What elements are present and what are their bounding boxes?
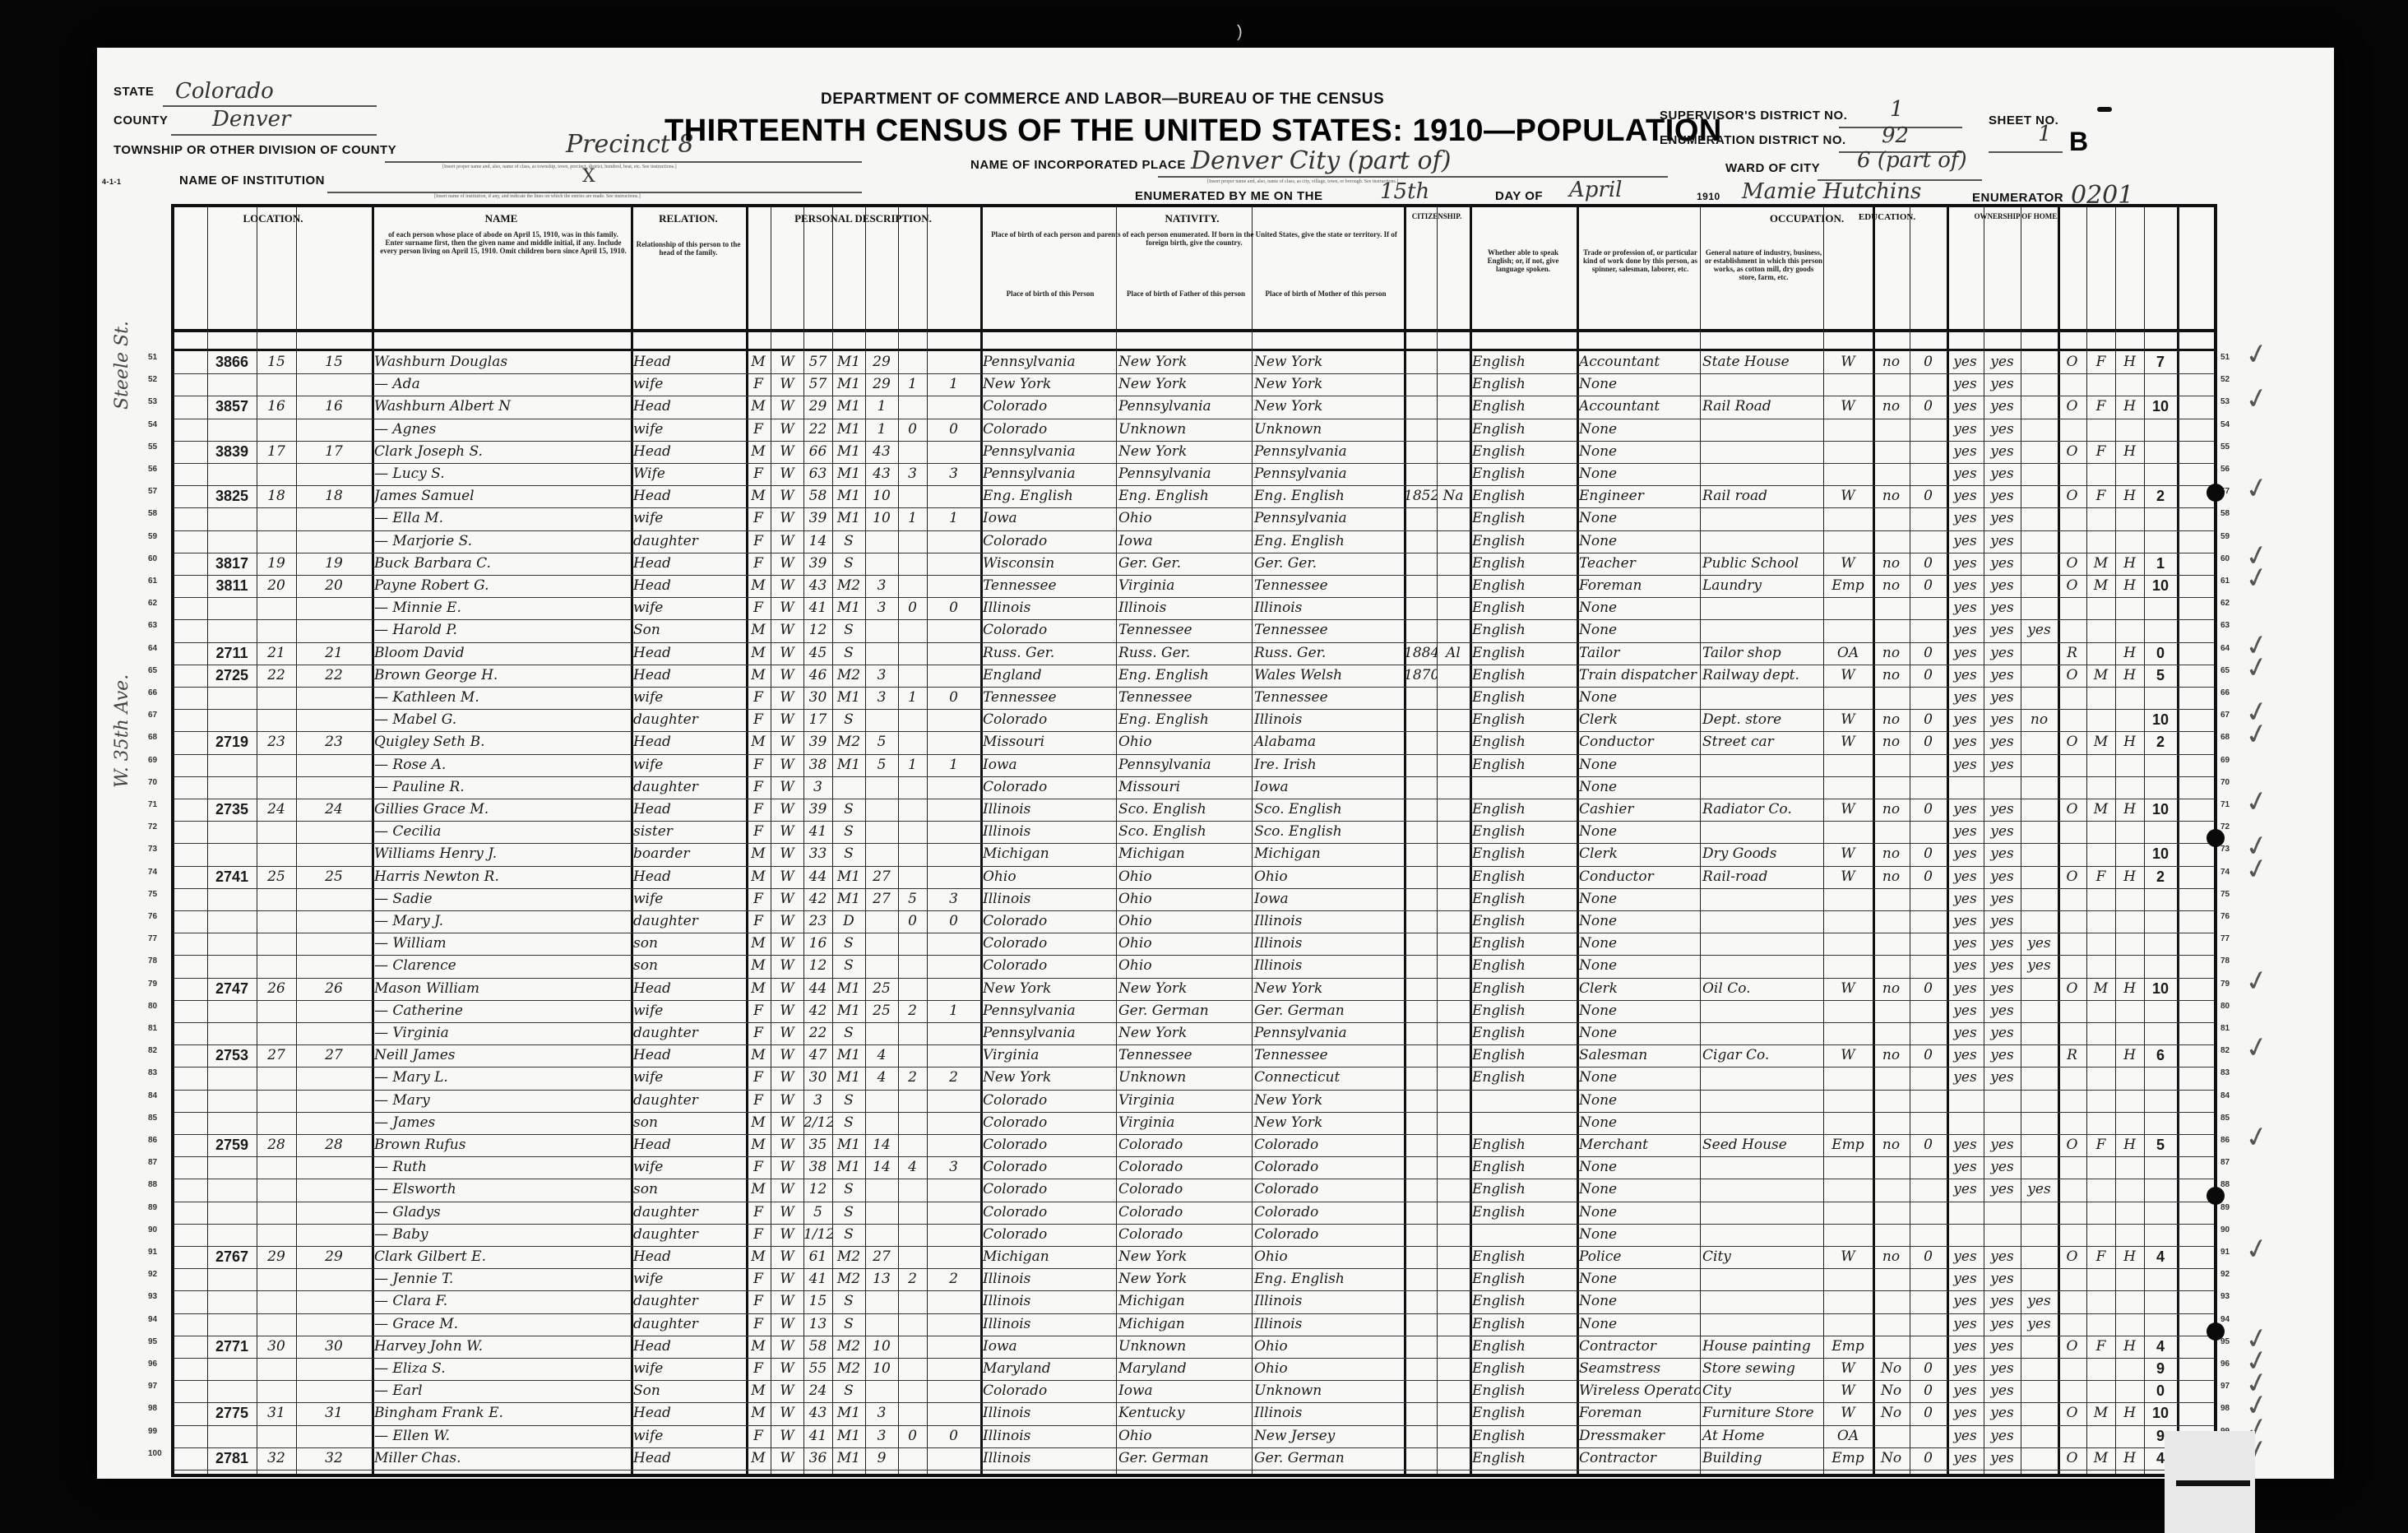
cell-emp [1823, 687, 1873, 709]
line-number: 72 [2220, 822, 2230, 831]
cell-name: Harris Newton R. [372, 866, 631, 888]
cell-race: W [771, 1000, 803, 1022]
line-number: 75 [2220, 890, 2230, 899]
cell-farm [2115, 776, 2144, 799]
cell-living: 2 [927, 1067, 980, 1089]
cell-farm: H [2115, 1246, 2144, 1268]
cell-relation: daughter [631, 1202, 746, 1224]
cell-father-birth: Colorado [1116, 1224, 1252, 1246]
cell-father-birth: Colorado [1116, 1134, 1252, 1156]
checkmark-icon: ✓ [2242, 962, 2271, 999]
cell-industry: City [1700, 1380, 1823, 1402]
cell-family [296, 888, 372, 910]
cell-born [898, 933, 927, 955]
cell-write: yes [1984, 1022, 2021, 1044]
cell-c29 [2144, 1112, 2177, 1134]
cell-relation: Head [631, 441, 746, 463]
cell-write: yes [1984, 1402, 2021, 1424]
cell-birth: Illinois [980, 1425, 1116, 1447]
line-number-left: 87 [148, 1158, 157, 1167]
cell-mother-birth: Pennsylvania [1252, 441, 1404, 463]
table-row: — CeciliasisterFW41SIllinoisSco. English… [174, 821, 2214, 844]
cell-father-birth: Michigan [1116, 1313, 1252, 1336]
cell-industry: Store sewing [1700, 1358, 1823, 1380]
cell-sex: F [746, 1425, 771, 1447]
cell-dwelling: 23 [257, 731, 296, 753]
cell-read: yes [1947, 1336, 1984, 1358]
cell-age: 66 [803, 441, 832, 463]
cell-birth: Colorado [980, 619, 1116, 641]
cell-mother-birth: Illinois [1252, 933, 1404, 955]
cell-race: W [771, 1022, 803, 1044]
cell-sex: F [746, 1022, 771, 1044]
cell-living: 2 [927, 1268, 980, 1290]
cell-living: 3 [927, 463, 980, 485]
cell-read: yes [1947, 1268, 1984, 1290]
cell-age: 36 [803, 1447, 832, 1470]
cell-c29 [2144, 1202, 2177, 1224]
cell-age: 42 [803, 1000, 832, 1022]
cell-free [2086, 373, 2115, 396]
cell-free [2086, 1425, 2115, 1447]
cell-yrs-married [865, 1313, 898, 1336]
cell-race: W [771, 530, 803, 553]
cell-immig [1404, 1044, 1437, 1067]
cell-own [2058, 1290, 2086, 1313]
cell-emp [1823, 619, 1873, 641]
cell-read [1947, 1202, 1984, 1224]
cell-immig [1404, 776, 1437, 799]
cell-read: yes [1947, 687, 1984, 709]
cell-own: O [2058, 351, 2086, 373]
cell-relation: daughter [631, 1090, 746, 1112]
cell-out-work: no [1873, 709, 1910, 731]
cell-immig [1404, 1134, 1437, 1156]
line-number-left: 69 [148, 756, 157, 765]
cell-family [296, 843, 372, 865]
cell-father-birth: Sco. English [1116, 821, 1252, 843]
cell-born [898, 530, 927, 553]
cell-father-birth: Ohio [1116, 507, 1252, 530]
line-number-left: 62 [148, 599, 157, 608]
cell-family [296, 776, 372, 799]
cell-sex: F [746, 1202, 771, 1224]
cell-read: yes [1947, 955, 1984, 977]
cell-c29: 1 [2144, 553, 2177, 575]
margin-street-note-2: W. 35th Ave. [112, 674, 132, 788]
cell-age: 22 [803, 1022, 832, 1044]
cell-c29: 10 [2144, 799, 2177, 821]
sheet-no-value: 1 [2038, 122, 2052, 146]
cell-out-work [1873, 910, 1910, 933]
cell-house-no [207, 1179, 257, 1201]
cell-english: English [1470, 463, 1577, 485]
cell-c29: 10 [2144, 709, 2177, 731]
cell-immig [1404, 1156, 1437, 1179]
cell-school [2021, 1000, 2058, 1022]
cell-marital: M1 [832, 754, 865, 776]
cell-weeks: 0 [1910, 351, 1947, 373]
cell-mother-birth: New York [1252, 1112, 1404, 1134]
cell-own [2058, 1224, 2086, 1246]
cell-nat: Al [1437, 642, 1470, 665]
cell-sex: F [746, 1290, 771, 1313]
cell-nat [1437, 1224, 1470, 1246]
cell-living [927, 485, 980, 507]
cell-out-work: no [1873, 575, 1910, 597]
cell-out-work [1873, 530, 1910, 553]
cell-living [927, 1313, 980, 1336]
cell-english: English [1470, 597, 1577, 619]
cell-yrs-married [865, 530, 898, 553]
cell-race: W [771, 776, 803, 799]
cell-own: O [2058, 1336, 2086, 1358]
cell-school [2021, 665, 2058, 687]
cell-out-work [1873, 507, 1910, 530]
table-row: 27753131Bingham Frank E.HeadMW43M13Illin… [174, 1402, 2214, 1425]
cell-yrs-married [865, 933, 898, 955]
cell-father-birth: Tennessee [1116, 619, 1252, 641]
cell-read: yes [1947, 754, 1984, 776]
cell-farm [2115, 597, 2144, 619]
cell-mother-birth: Ger. German [1252, 1447, 1404, 1470]
cell-mother-birth: Tennessee [1252, 687, 1404, 709]
cell-house-no [207, 754, 257, 776]
cell-school: yes [2021, 1290, 2058, 1313]
cell-sex: M [746, 441, 771, 463]
cell-nat [1437, 553, 1470, 575]
cell-weeks [1910, 1202, 1947, 1224]
cell-house-no [207, 507, 257, 530]
cell-birth: Illinois [980, 888, 1116, 910]
cell-trade: Teacher [1577, 553, 1700, 575]
cell-emp [1823, 888, 1873, 910]
cell-father-birth: New York [1116, 978, 1252, 1000]
cell-farm: H [2115, 1447, 2144, 1470]
cell-industry [1700, 507, 1823, 530]
cell-marital: M1 [832, 1134, 865, 1156]
cell-living [927, 665, 980, 687]
cell-trade: Wireless Operator [1577, 1380, 1700, 1402]
cell-nat [1437, 1022, 1470, 1044]
table-row: 27192323Quigley Seth B.HeadMW39M25Missou… [174, 731, 2214, 754]
cell-farm [2115, 933, 2144, 955]
cell-born [898, 1246, 927, 1268]
cell-father-birth: Russ. Ger. [1116, 642, 1252, 665]
cell-school [2021, 1022, 2058, 1044]
cell-immig [1404, 1447, 1437, 1470]
table-row: — Grace M.daughterFW13SIllinoisMichiganI… [174, 1313, 2214, 1336]
cell-trade: None [1577, 821, 1700, 843]
cell-name: — Mabel G. [372, 709, 631, 731]
year-label: 1910 [1697, 191, 1720, 202]
cell-yrs-married [865, 910, 898, 933]
cell-born [898, 1336, 927, 1358]
cell-weeks: 0 [1910, 978, 1947, 1000]
cell-family [296, 373, 372, 396]
cell-weeks [1910, 619, 1947, 641]
table-row: — Mary L.wifeFW30M1422New YorkUnknownCon… [174, 1067, 2214, 1090]
cell-emp: W [1823, 866, 1873, 888]
cell-c29 [2144, 1224, 2177, 1246]
cell-name: Washburn Albert N [372, 396, 631, 418]
cell-write: yes [1984, 1425, 2021, 1447]
cell-yrs-married [865, 1380, 898, 1402]
cell-age: 12 [803, 1179, 832, 1201]
cell-farm [2115, 1022, 2144, 1044]
cell-free [2086, 1268, 2115, 1290]
cell-race: W [771, 821, 803, 843]
cell-nat [1437, 396, 1470, 418]
cell-nat [1437, 1358, 1470, 1380]
line-number: 74 [2220, 868, 2230, 877]
cell-industry [1700, 419, 1823, 441]
cell-immig [1404, 933, 1437, 955]
cell-yrs-married: 10 [865, 1358, 898, 1380]
cell-read: yes [1947, 888, 1984, 910]
cell-mother-birth: New York [1252, 1090, 1404, 1112]
cell-trade: None [1577, 1090, 1700, 1112]
cell-living: 0 [927, 419, 980, 441]
cell-out-work [1873, 1179, 1910, 1201]
cell-english [1470, 776, 1577, 799]
cell-born [898, 1358, 927, 1380]
cell-age: 61 [803, 1246, 832, 1268]
cell-relation: daughter [631, 776, 746, 799]
cell-read: yes [1947, 396, 1984, 418]
cell-weeks: 0 [1910, 665, 1947, 687]
cell-farm: H [2115, 485, 2144, 507]
cell-weeks [1910, 1425, 1947, 1447]
cell-write: yes [1984, 1313, 2021, 1336]
table-row: — JamessonMW2/12SColoradoVirginiaNew Yor… [174, 1112, 2214, 1135]
cell-born: 0 [898, 910, 927, 933]
cell-immig [1404, 754, 1437, 776]
line-number: 97 [2220, 1382, 2230, 1391]
checkmark-icon: ✓ [2242, 336, 2271, 373]
cell-dwelling [257, 709, 296, 731]
cell-family: 24 [296, 799, 372, 821]
cell-own [2058, 1112, 2086, 1134]
line-number-left: 90 [148, 1225, 157, 1234]
cell-family [296, 910, 372, 933]
cell-birth: Illinois [980, 1290, 1116, 1313]
cell-born [898, 731, 927, 753]
cell-immig [1404, 866, 1437, 888]
cell-birth: Colorado [980, 1134, 1116, 1156]
cell-weeks: 0 [1910, 866, 1947, 888]
cell-farm: H [2115, 553, 2144, 575]
cell-marital: M1 [832, 888, 865, 910]
cell-write: yes [1984, 978, 2021, 1000]
cell-race: W [771, 1044, 803, 1067]
cell-industry [1700, 1000, 1823, 1022]
cell-read: yes [1947, 843, 1984, 865]
cell-marital: M2 [832, 1358, 865, 1380]
cell-english: English [1470, 731, 1577, 753]
cell-born [898, 1112, 927, 1134]
cell-yrs-married [865, 1112, 898, 1134]
cell-age: 29 [803, 396, 832, 418]
cell-relation: Head [631, 731, 746, 753]
cell-out-work: no [1873, 665, 1910, 687]
cell-trade: Contractor [1577, 1336, 1700, 1358]
punch-hole-icon [2207, 829, 2225, 847]
cell-write: yes [1984, 1067, 2021, 1089]
cell-relation: wife [631, 1156, 746, 1179]
cell-school [2021, 799, 2058, 821]
cell-dwelling: 21 [257, 642, 296, 665]
cell-immig [1404, 1224, 1437, 1246]
cell-school [2021, 978, 2058, 1000]
cell-born: 2 [898, 1268, 927, 1290]
cell-mother-birth: Ohio [1252, 866, 1404, 888]
form-code: 4-1-1 [102, 178, 122, 186]
cell-marital: M1 [832, 419, 865, 441]
cell-farm [2115, 821, 2144, 843]
cell-dwelling: 27 [257, 1044, 296, 1067]
cell-dwelling: 17 [257, 441, 296, 463]
cell-race: W [771, 799, 803, 821]
cell-birth: Colorado [980, 1112, 1116, 1134]
cell-nat [1437, 507, 1470, 530]
cell-marital: S [832, 1202, 865, 1224]
cell-sex: M [746, 866, 771, 888]
incorporated-place-value: Denver City (part of) [1191, 146, 1451, 175]
cell-living: 3 [927, 888, 980, 910]
cell-free [2086, 530, 2115, 553]
cell-dwelling [257, 1112, 296, 1134]
cell-farm [2115, 1090, 2144, 1112]
cell-sex: F [746, 419, 771, 441]
cell-immig [1404, 1425, 1437, 1447]
cell-out-work: No [1873, 1402, 1910, 1424]
cell-yrs-married: 1 [865, 396, 898, 418]
cell-write: yes [1984, 687, 2021, 709]
cell-living [927, 978, 980, 1000]
cell-born [898, 955, 927, 977]
cell-house-no [207, 1000, 257, 1022]
cell-house-no [207, 709, 257, 731]
table-row: 27352424Gillies Grace M.HeadFW39SIllinoi… [174, 799, 2214, 822]
cell-own [2058, 1202, 2086, 1224]
cell-farm: H [2115, 441, 2144, 463]
cell-relation: Son [631, 1380, 746, 1402]
cell-out-work [1873, 1313, 1910, 1336]
cell-father-birth: Pennsylvania [1116, 754, 1252, 776]
cell-emp [1823, 754, 1873, 776]
cell-farm [2115, 507, 2144, 530]
cell-farm [2115, 1156, 2144, 1179]
cell-yrs-married: 27 [865, 1246, 898, 1268]
cell-father-birth: New York [1116, 373, 1252, 396]
cell-dwelling [257, 530, 296, 553]
cell-sex: M [746, 843, 771, 865]
cell-house-no: 2781 [207, 1447, 257, 1470]
cell-nat [1437, 1380, 1470, 1402]
cell-father-birth: New York [1116, 1246, 1252, 1268]
cell-mother-birth: New York [1252, 978, 1404, 1000]
cell-weeks: 0 [1910, 799, 1947, 821]
cell-out-work [1873, 441, 1910, 463]
cell-immig [1404, 843, 1437, 865]
cell-out-work [1873, 1000, 1910, 1022]
cell-marital: M1 [832, 1447, 865, 1470]
cell-c29 [2144, 933, 2177, 955]
cell-marital: M1 [832, 1000, 865, 1022]
cell-name: — Baby [372, 1224, 631, 1246]
cell-relation: wife [631, 1067, 746, 1089]
cell-house-no [207, 910, 257, 933]
cell-free [2086, 619, 2115, 641]
cell-immig [1404, 1067, 1437, 1089]
cell-family [296, 1000, 372, 1022]
cell-read: yes [1947, 1246, 1984, 1268]
cell-english [1470, 1112, 1577, 1134]
enumerated-day-value: 15th [1380, 179, 1429, 204]
cell-immig [1404, 373, 1437, 396]
cell-yrs-married: 3 [865, 665, 898, 687]
county-value: Denver [212, 107, 290, 132]
cell-family [296, 619, 372, 641]
cell-nat [1437, 619, 1470, 641]
table-row: — Mabel G.daughterFW17SColoradoEng. Engl… [174, 709, 2214, 732]
cell-living: 1 [927, 754, 980, 776]
table-row: 27813232Miller Chas.HeadMW36M19IllinoisG… [174, 1447, 2214, 1470]
line-number: 56 [2220, 465, 2230, 474]
cell-living: 1 [927, 507, 980, 530]
table-row: — CatherinewifeFW42M12521PennsylvaniaGer… [174, 1000, 2214, 1023]
cell-race: W [771, 373, 803, 396]
day-of-label: DAY OF [1495, 189, 1543, 203]
cell-nat [1437, 888, 1470, 910]
cell-nat [1437, 1090, 1470, 1112]
cell-free [2086, 888, 2115, 910]
cell-nat [1437, 597, 1470, 619]
cell-birth: Wisconsin [980, 553, 1116, 575]
cell-birth: Iowa [980, 1336, 1116, 1358]
cell-dwelling: 24 [257, 799, 296, 821]
cell-farm: H [2115, 1134, 2144, 1156]
cell-relation: Wife [631, 463, 746, 485]
cell-born [898, 396, 927, 418]
sheet-no-underline [1989, 151, 2063, 153]
line-number-left: 94 [148, 1315, 157, 1324]
cell-english: English [1470, 575, 1577, 597]
cell-age: 1/12 [803, 1224, 832, 1246]
cell-dwelling [257, 1156, 296, 1179]
cell-marital [832, 776, 865, 799]
cell-house-no [207, 530, 257, 553]
cell-relation: wife [631, 687, 746, 709]
cell-marital: M1 [832, 1156, 865, 1179]
line-number-left: 71 [148, 800, 157, 809]
cell-weeks [1910, 933, 1947, 955]
cell-birth: Colorado [980, 1202, 1116, 1224]
cell-house-no [207, 687, 257, 709]
cell-marital: S [832, 530, 865, 553]
cell-own [2058, 1156, 2086, 1179]
cell-father-birth: Tennessee [1116, 687, 1252, 709]
cell-relation: Head [631, 978, 746, 1000]
cell-school [2021, 1044, 2058, 1067]
cell-out-work [1873, 1290, 1910, 1313]
cell-read: yes [1947, 575, 1984, 597]
cell-immig [1404, 731, 1437, 753]
cell-living [927, 1380, 980, 1402]
cell-marital: S [832, 1090, 865, 1112]
cell-emp: W [1823, 978, 1873, 1000]
